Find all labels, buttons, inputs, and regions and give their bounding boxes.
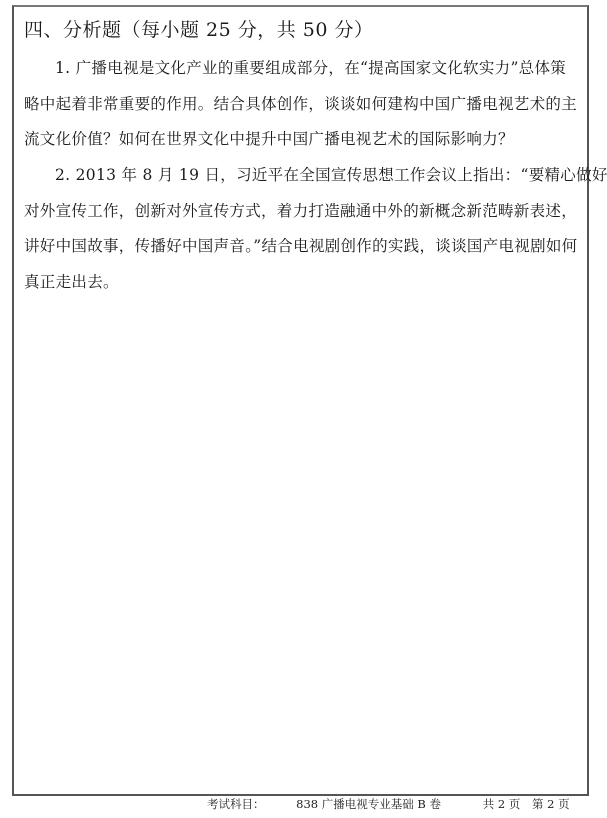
total-pages: 共 2 页 bbox=[483, 796, 521, 812]
section-title: 四、分析题 bbox=[24, 19, 122, 41]
question-line: 2. 2013 年 8 月 19 日，习近平在全国宣传思想工作会议上指出：“要精… bbox=[24, 158, 584, 194]
answer-box: 四、分析题（每小题 25 分，共 50 分） 1. 广播电视是文化产业的重要组成… bbox=[12, 5, 589, 796]
question-line: 略中起着非常重要的作用。结合具体创作，谈谈如何建构中国广播电视艺术的主 bbox=[24, 87, 584, 123]
question-line: 1. 广播电视是文化产业的重要组成部分，在“提高国家文化软实力”总体策 bbox=[24, 51, 584, 87]
current-page: 第 2 页 bbox=[532, 796, 570, 812]
subject-label: 考试科目： bbox=[207, 796, 265, 812]
section-scoring: （每小题 25 分，共 50 分） bbox=[122, 19, 374, 41]
section-heading: 四、分析题（每小题 25 分，共 50 分） bbox=[24, 15, 374, 42]
question-line: 流文化价值？如何在世界文化中提升中国广播电视艺术的国际影响力？ bbox=[24, 122, 584, 158]
question-1: 1. 广播电视是文化产业的重要组成部分，在“提高国家文化软实力”总体策 略中起着… bbox=[24, 51, 584, 158]
page-footer: 考试科目： 838 广播电视专业基础 B 卷 共 2 页 第 2 页 bbox=[207, 796, 570, 812]
subject-name: 838 广播电视专业基础 B 卷 bbox=[296, 796, 441, 812]
question-line: 对外宣传工作，创新对外宣传方式，着力打造融通中外的新概念新范畴新表述， bbox=[24, 194, 584, 230]
question-2: 2. 2013 年 8 月 19 日，习近平在全国宣传思想工作会议上指出：“要精… bbox=[24, 158, 584, 300]
question-line: 真正走出去。 bbox=[24, 265, 584, 301]
question-line: 讲好中国故事，传播好中国声音。”结合电视剧创作的实践，谈谈国产电视剧如何 bbox=[24, 229, 584, 265]
